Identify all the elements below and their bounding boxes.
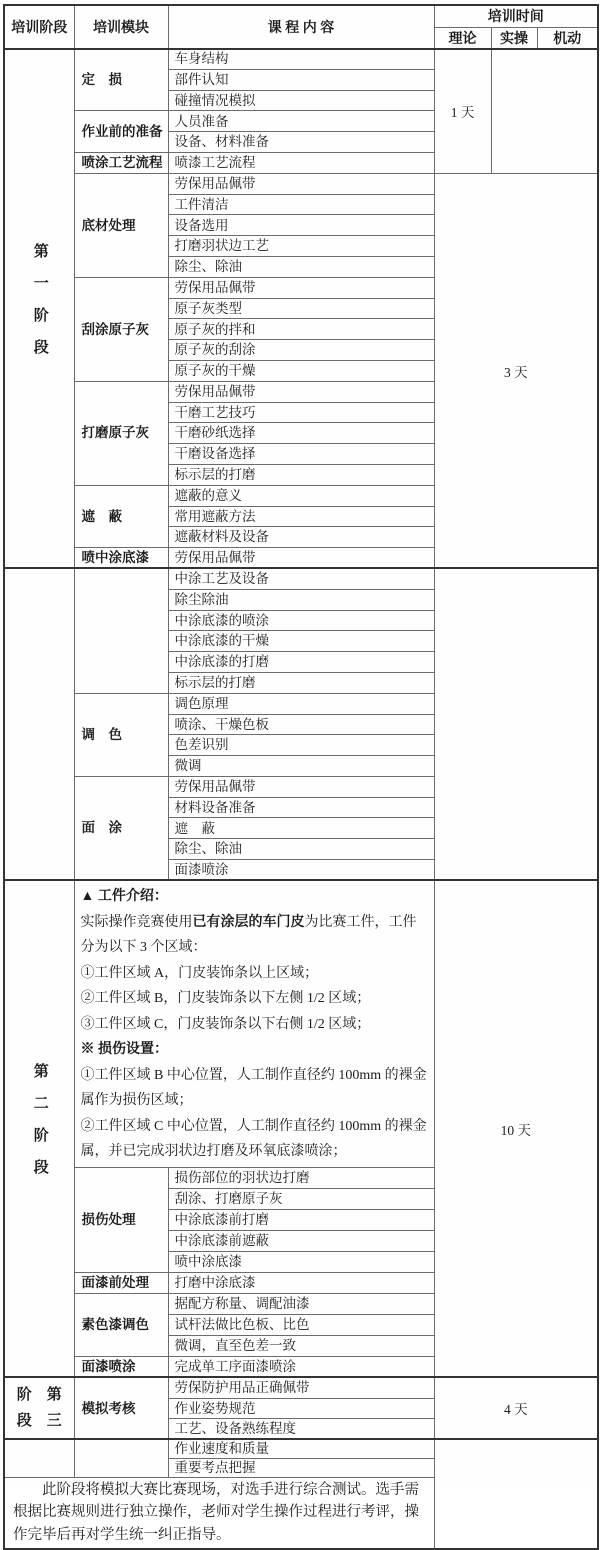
time-merged-cell: 4 天	[434, 1377, 598, 1439]
course-item-cell: 完成单工序面漆喷涂	[168, 1356, 434, 1377]
course-item-cell: 中涂工艺及设备	[168, 568, 434, 589]
intro-title: ▲ 工件介绍：	[81, 884, 428, 910]
course-item-cell: 中涂底漆的喷涂	[168, 610, 434, 631]
course-item-cell: 重要考点把握	[168, 1458, 434, 1477]
phase-1-cell: 第一阶段	[4, 49, 74, 569]
module-cell: 刮涂原子灰	[74, 277, 168, 381]
phase-empty-cell	[4, 1439, 74, 1477]
intro-zone-a: ①工件区域 A，门皮装饰条以上区域；	[81, 961, 428, 987]
module-empty-cell	[74, 1439, 168, 1477]
damage-item-2: ②工件区域 C 中心位置，人工制作直径约 100mm 的裸金属，并已完成羽状边打…	[81, 1114, 428, 1165]
module-cell: 面漆喷涂	[74, 1356, 168, 1377]
course-item-cell: 中涂底漆的干燥	[168, 631, 434, 652]
course-item-cell: 干磨砂纸选择	[168, 423, 434, 444]
course-item-cell: 除尘、除油	[168, 839, 434, 860]
time-theory-cell: 1 天	[434, 49, 491, 174]
header-cell-module: 培训模块	[74, 5, 168, 49]
time-merged-cell: 3 天	[434, 173, 598, 568]
intro-zone-c: ③工件区域 C，门皮装饰条以下右侧 1/2 区域；	[81, 1012, 428, 1038]
header-cell-time: 培训时间	[434, 5, 598, 27]
course-item-cell: 标示层的打磨	[168, 464, 434, 485]
course-item-cell: 试杆法做比色板、比色	[168, 1314, 434, 1335]
intro-zone-b: ②工件区域 B，门皮装饰条以下左侧 1/2 区域；	[81, 986, 428, 1012]
module-cell: 素色漆调色	[74, 1293, 168, 1356]
course-item-cell: 设备、材料准备	[168, 132, 434, 153]
course-item-cell: 遮蔽的意义	[168, 485, 434, 506]
module-cell: 调 色	[74, 693, 168, 776]
course-item-cell: 中涂底漆前遮蔽	[168, 1230, 434, 1251]
module-cell: 喷涂工艺流程	[74, 152, 168, 173]
module-cell: 面 涂	[74, 776, 168, 880]
course-item-cell: 损伤部位的羽状边打磨	[168, 1167, 434, 1188]
course-item-cell: 标示层的打磨	[168, 672, 434, 693]
course-item-cell: 常用遮蔽方法	[168, 506, 434, 527]
header-cell-phase: 培训阶段	[4, 5, 74, 49]
damage-item-1: ①工件区域 B 中心位置，人工制作直径约 100mm 的裸金属作为损伤区域；	[81, 1063, 428, 1114]
module-empty-cell	[74, 568, 168, 693]
course-item-cell: 劳保用品佩带	[168, 277, 434, 298]
phase-empty-cell	[4, 568, 74, 880]
course-item-cell: 干磨设备选择	[168, 444, 434, 465]
final-note-cell: 此阶段将模拟大赛比赛现场，对选手进行综合测试。选手需根据比赛规则进行独立操作，老…	[4, 1477, 434, 1549]
course-item-cell: 部件认知	[168, 69, 434, 90]
training-plan-table: 培训阶段 培训模块 课 程 内 容 培训时间 理论 实操 机动 第一阶段 定 损…	[3, 4, 599, 1550]
time-empty-cell	[491, 49, 598, 174]
course-item-cell: 据配方称量、调配油漆	[168, 1293, 434, 1314]
phase-2-cell: 第二阶段	[4, 880, 74, 1377]
module-cell: 定 损	[74, 49, 168, 111]
course-item-cell: 车身结构	[168, 49, 434, 70]
time-merged-cell: 10 天	[434, 880, 598, 1377]
training-plan-document: 培训阶段 培训模块 课 程 内 容 培训时间 理论 实操 机动 第一阶段 定 损…	[0, 0, 600, 1489]
course-item-cell: 微调	[168, 756, 434, 777]
header-cell-practice: 实操	[491, 27, 537, 49]
module-cell: 打磨原子灰	[74, 381, 168, 485]
course-item-cell: 材料设备准备	[168, 797, 434, 818]
course-item-cell: 刮涂、打磨原子灰	[168, 1188, 434, 1209]
module-cell: 遮 蔽	[74, 485, 168, 547]
course-item-cell: 劳保用品佩带	[168, 776, 434, 797]
phase-3-cell: 阶 第 段 三	[4, 1377, 74, 1439]
module-cell: 作业前的准备	[74, 111, 168, 153]
phase-2-label: 第二阶段	[32, 1061, 47, 1191]
workpiece-intro-cell: ▲ 工件介绍： 实际操作竞赛使用已有涂层的车门皮为比赛工件，工件分为以下 3 个…	[74, 880, 434, 1167]
course-item-cell: 作业速度和质量	[168, 1439, 434, 1458]
time-empty-cell	[434, 1439, 598, 1549]
course-item-cell: 原子灰类型	[168, 298, 434, 319]
course-item-cell: 人员准备	[168, 111, 434, 132]
module-cell: 损伤处理	[74, 1167, 168, 1272]
phase-3-label: 阶 第 段 三	[5, 1382, 74, 1435]
course-item-cell: 调色原理	[168, 693, 434, 714]
course-item-cell: 中涂底漆的打磨	[168, 652, 434, 673]
time-empty-cell	[434, 568, 598, 880]
course-item-cell: 喷中涂底漆	[168, 1251, 434, 1272]
course-item-cell: 中涂底漆前打磨	[168, 1209, 434, 1230]
intro-description: 实际操作竞赛使用已有涂层的车门皮为比赛工件，工件分为以下 3 个区域：	[81, 910, 428, 961]
course-item-cell: 劳保用品佩带	[168, 381, 434, 402]
course-item-cell: 面漆喷涂	[168, 860, 434, 881]
course-item-cell: 劳保防护用品正确佩带	[168, 1377, 434, 1398]
course-item-cell: 喷漆工艺流程	[168, 152, 434, 173]
course-item-cell: 打磨羽状边工艺	[168, 236, 434, 257]
course-item-cell: 遮 蔽	[168, 818, 434, 839]
course-item-cell: 劳保用品佩带	[168, 173, 434, 194]
course-item-cell: 微调，直至色差一致	[168, 1335, 434, 1356]
header-cell-theory: 理论	[434, 27, 491, 49]
course-item-cell: 喷涂、干燥色板	[168, 714, 434, 735]
course-item-cell: 遮蔽材料及设备	[168, 527, 434, 548]
course-item-cell: 原子灰的干燥	[168, 360, 434, 381]
course-item-cell: 色差识别	[168, 735, 434, 756]
course-item-cell: 除尘除油	[168, 589, 434, 610]
course-item-cell: 干磨工艺技巧	[168, 402, 434, 423]
course-item-cell: 打磨中涂底漆	[168, 1272, 434, 1293]
course-item-cell: 工艺、设备熟练程度	[168, 1419, 434, 1440]
module-cell: 底材处理	[74, 173, 168, 277]
header-cell-flexible: 机动	[537, 27, 598, 49]
course-item-cell: 作业姿势规范	[168, 1398, 434, 1419]
course-item-cell: 原子灰的刮涂	[168, 340, 434, 361]
module-cell: 模拟考核	[74, 1377, 168, 1439]
course-item-cell: 除尘、除油	[168, 256, 434, 277]
module-cell: 喷中涂底漆	[74, 548, 168, 569]
course-item-cell: 工件清洁	[168, 194, 434, 215]
course-item-cell: 设备选用	[168, 215, 434, 236]
header-cell-content: 课 程 内 容	[168, 5, 434, 49]
course-item-cell: 原子灰的拌和	[168, 319, 434, 340]
module-cell: 面漆前处理	[74, 1272, 168, 1293]
damage-title: ※ 损伤设置：	[81, 1037, 428, 1063]
phase-1-label: 第一阶段	[32, 241, 47, 371]
course-item-cell: 碰撞情况模拟	[168, 90, 434, 111]
course-item-cell: 劳保用品佩带	[168, 548, 434, 569]
